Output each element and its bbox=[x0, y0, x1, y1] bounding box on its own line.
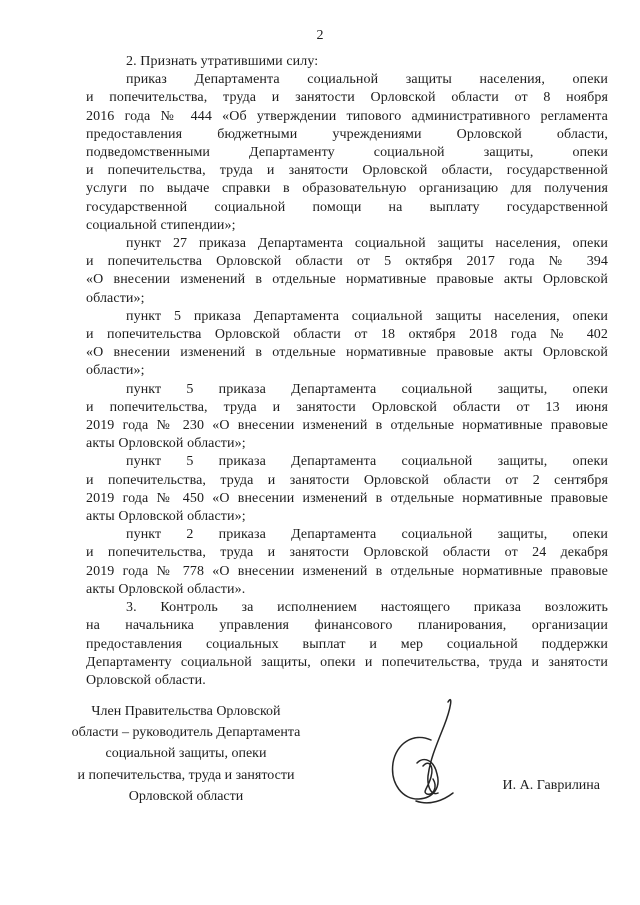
text-line: Орловской области. bbox=[86, 672, 608, 690]
text-line: 2019 года № 230 «О внесении изменений в … bbox=[86, 417, 608, 435]
text-line: пункт 27 приказа Департамента социальной… bbox=[86, 235, 608, 253]
document-page: 2 2. Признать утратившими силу:приказ Де… bbox=[0, 0, 640, 905]
document-body: 2. Признать утратившими силу:приказ Депа… bbox=[86, 53, 608, 690]
handwritten-signature-icon bbox=[386, 692, 468, 810]
text-line: 3. Контроль за исполнением настоящего пр… bbox=[86, 599, 608, 617]
text-line: пункт 5 приказа Департамента социальной … bbox=[86, 453, 608, 471]
text-line: и попечительства, труда и занятости Орло… bbox=[86, 162, 608, 180]
text-line: услуги по выдаче справки в образовательн… bbox=[86, 180, 608, 198]
signatory-title-line: социальной защиты, опеки bbox=[68, 743, 304, 764]
text-line: пункт 5 приказа Департамента социальной … bbox=[86, 381, 608, 399]
text-line: «О внесении изменений в отдельные нормат… bbox=[86, 344, 608, 362]
text-line: пункт 5 приказа Департамента социальной … bbox=[86, 308, 608, 326]
signatory-title-block: Член Правительства Орловскойобласти – ру… bbox=[68, 701, 304, 807]
text-line: 2. Признать утратившими силу: bbox=[86, 53, 608, 71]
text-line: и попечительства, труда и занятости Орло… bbox=[86, 89, 608, 107]
text-line: и попечительства, труда и занятости Орло… bbox=[86, 544, 608, 562]
text-line: предоставления бюджетными учреждениями О… bbox=[86, 126, 608, 144]
signatory-title-line: Член Правительства Орловской bbox=[68, 701, 304, 722]
text-line: 2019 года № 450 «О внесении изменений в … bbox=[86, 490, 608, 508]
text-line: «О внесении изменений в отдельные нормат… bbox=[86, 271, 608, 289]
signatory-title-line: области – руководитель Департамента bbox=[68, 722, 304, 743]
signatory-name: И. А. Гаврилина bbox=[468, 778, 600, 794]
text-line: Департаменту социальной защиты, опеки и … bbox=[86, 654, 608, 672]
text-line: и попечительства, труда и занятости Орло… bbox=[86, 399, 608, 417]
text-line: и попечительства, труда и занятости Орло… bbox=[86, 472, 608, 490]
signatory-title-line: Орловской области bbox=[68, 786, 304, 807]
text-line: на начальника управления финансового пла… bbox=[86, 617, 608, 635]
page-number: 2 bbox=[0, 28, 640, 44]
text-line: области»; bbox=[86, 362, 608, 380]
signatory-title-line: и попечительства, труда и занятости bbox=[68, 765, 304, 786]
text-line: и попечительства Орловской области от 5 … bbox=[86, 253, 608, 271]
text-line: предоставления социальных выплат и мер с… bbox=[86, 636, 608, 654]
text-line: акты Орловской области»; bbox=[86, 508, 608, 526]
text-line: приказ Департамента социальной защиты на… bbox=[86, 71, 608, 89]
text-line: социальной стипендии»; bbox=[86, 217, 608, 235]
text-line: акты Орловской области»; bbox=[86, 435, 608, 453]
text-line: акты Орловской области». bbox=[86, 581, 608, 599]
text-line: области»; bbox=[86, 290, 608, 308]
text-line: 2016 года № 444 «Об утверждении типового… bbox=[86, 108, 608, 126]
text-line: пункт 2 приказа Департамента социальной … bbox=[86, 526, 608, 544]
text-line: подведомственными Департаменту социально… bbox=[86, 144, 608, 162]
text-line: и попечительства Орловской области от 18… bbox=[86, 326, 608, 344]
text-line: государственной социальной помощи на вып… bbox=[86, 199, 608, 217]
text-line: 2019 года № 778 «О внесении изменений в … bbox=[86, 563, 608, 581]
